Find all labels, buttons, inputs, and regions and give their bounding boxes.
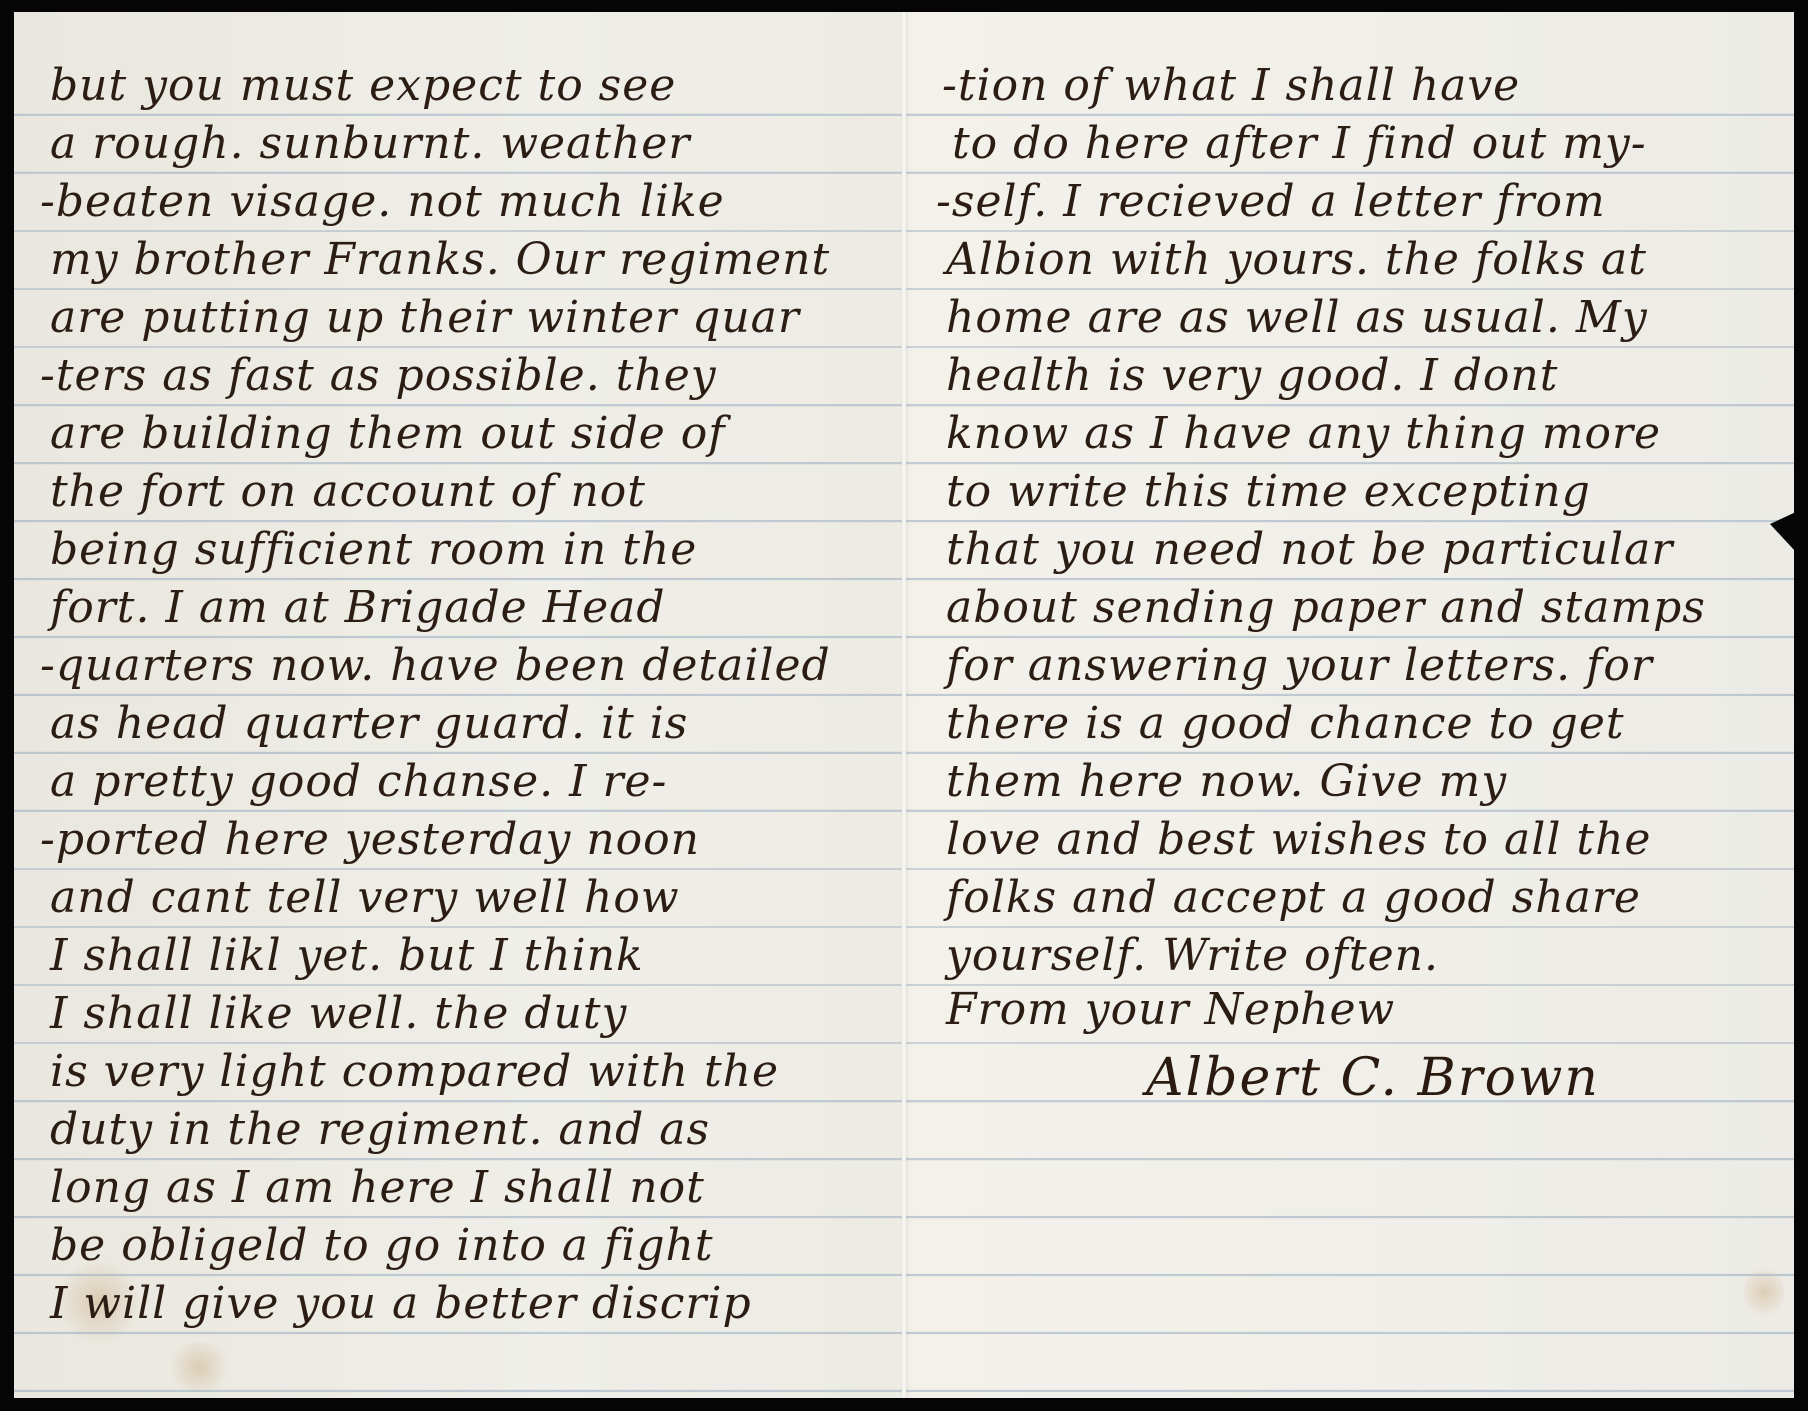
letter-line: -tion of what I shall have	[942, 64, 1520, 108]
letter-line: as head quarter guard. it is	[50, 702, 688, 746]
letter-line: are building them out side of	[50, 412, 726, 456]
letter-line: long as I am here I shall not	[50, 1166, 705, 1210]
letter-line: are putting up their winter quar	[50, 296, 800, 340]
letter-line: I shall like well. the duty	[50, 992, 627, 1036]
letter-line: be obligeld to go into a fight	[50, 1224, 714, 1268]
letter-line: is very light compared with the	[50, 1050, 779, 1094]
letter-line: I will give you a better discrip	[50, 1282, 752, 1326]
letter-line: home are as well as usual. My	[946, 296, 1648, 340]
letter-line: From your Nephew	[946, 988, 1395, 1032]
letter-line: fort. I am at Brigade Head	[50, 586, 666, 630]
letter-line: to write this time excepting	[946, 470, 1591, 514]
letter-line: for answering your letters. for	[946, 644, 1653, 688]
signature: Albert C. Brown	[1146, 1052, 1600, 1104]
letter-line: to do here after I find out my-	[952, 122, 1647, 166]
letter-line: -quarters now. have been detailed	[40, 644, 831, 688]
right-page: -tion of what I shall have to do here af…	[906, 12, 1794, 1398]
letter-line: I shall likl yet. but I think	[50, 934, 644, 978]
letter-line: being sufficient room in the	[50, 528, 697, 572]
letter-line: about sending paper and stamps	[946, 586, 1706, 630]
paper-tear	[1770, 512, 1794, 552]
letter-line: that you need not be particular	[946, 528, 1673, 572]
letter-line: -ters as fast as possible. they	[40, 354, 717, 398]
letter-line: a pretty good chanse. I re-	[50, 760, 667, 804]
letter-line: health is very good. I dont	[946, 354, 1558, 398]
letter-line: know as I have any thing more	[946, 412, 1661, 456]
letter-line: Albion with yours. the folks at	[946, 238, 1647, 282]
letter-line: -ported here yesterday noon	[40, 818, 700, 862]
letter-line: and cant tell very well how	[50, 876, 680, 920]
letter-line: love and best wishes to all the	[946, 818, 1651, 862]
letter-line: the fort on account of not	[50, 470, 646, 514]
letter-line: duty in the regiment. and as	[50, 1108, 710, 1152]
letter-line: there is a good chance to get	[946, 702, 1625, 746]
letter-line: folks and accept a good share	[946, 876, 1641, 920]
left-page: but you must expect to see a rough. sunb…	[14, 12, 902, 1398]
letter-line: -self. I recieved a letter from	[936, 180, 1606, 224]
letter-line: them here now. Give my	[946, 760, 1507, 804]
letter-line: a rough. sunburnt. weather	[50, 122, 690, 166]
letter-line: my brother Franks. Our regiment	[50, 238, 830, 282]
letter-line: but you must expect to see	[50, 64, 676, 108]
letter-sheet: but you must expect to see a rough. sunb…	[14, 12, 1794, 1398]
letter-line: yourself. Write often.	[946, 934, 1439, 978]
letter-line: -beaten visage. not much like	[40, 180, 725, 224]
